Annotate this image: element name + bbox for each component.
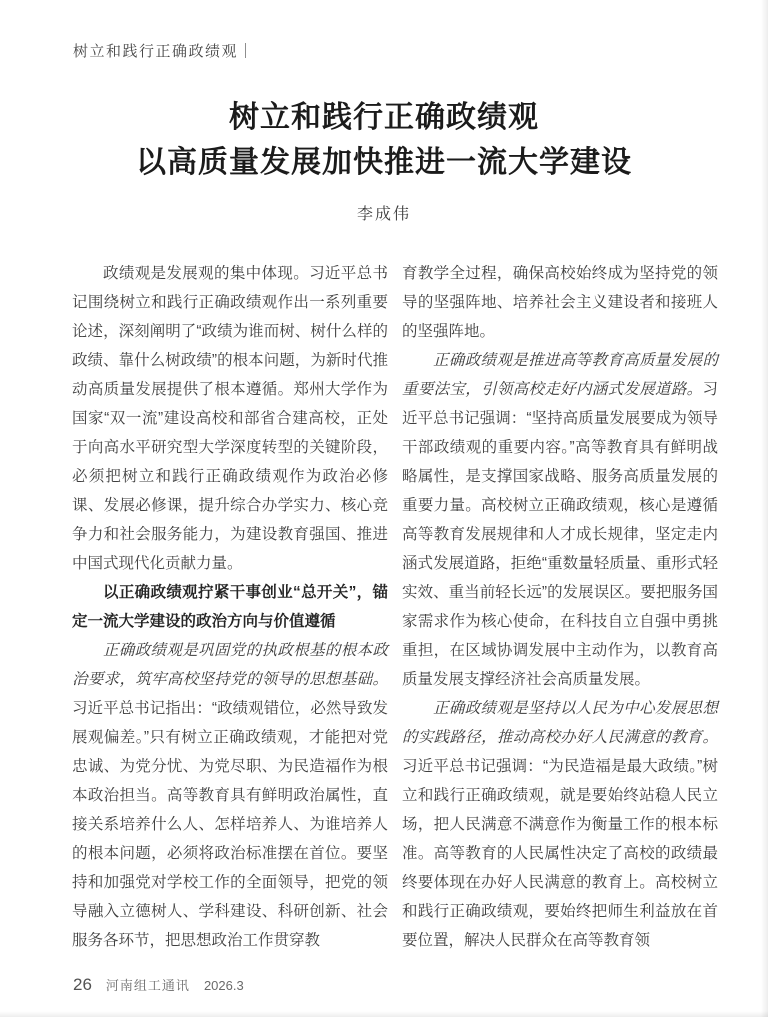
paragraph-politics: 正确政绩观是巩固党的执政根基的根本政治要求，筑牢高校坚持党的领导的思想基础。习近… [72, 636, 388, 955]
lead-sentence: 正确政绩观是推进高等教育高质量发展的重要法宝，引领高校走好内涵式发展道路。 [402, 352, 718, 398]
page-number: 26 [73, 975, 92, 995]
magazine-page: 树立和践行正确政绩观｜ 树立和践行正确政绩观 以高质量发展加快推进一流大学建设 … [0, 0, 768, 1017]
page-edge-shadow-bottom [0, 1011, 768, 1017]
article-title-line1: 树立和践行正确政绩观 [0, 95, 768, 140]
article-title-line2: 以高质量发展加快推进一流大学建设 [0, 140, 768, 185]
paragraph-people: 正确政绩观是坚持以人民为中心发展思想的实践路径，推动高校办好人民满意的教育。习近… [402, 694, 718, 955]
journal-name: 河南组工通讯 [106, 975, 190, 994]
lead-sentence: 正确政绩观是巩固党的执政根基的根本政治要求，筑牢高校坚持党的领导的思想基础。 [72, 642, 388, 688]
paragraph-continuation: 育教学全过程，确保高校始终成为坚持党的领导的坚强阵地、培养社会主义建设者和接班人… [402, 259, 718, 346]
paragraph-text: 习近平总书记强调：“为民造福是最大政绩。”树立和践行正确政绩观，就是要始终站稳人… [402, 758, 718, 949]
page-footer: 26 河南组工通讯 2026.3 [73, 975, 244, 995]
author-name: 李成伟 [0, 201, 768, 224]
paragraph-intro: 政绩观是发展观的集中体现。习近平总书记围绕树立和践行正确政绩观作出一系列重要论述… [72, 259, 388, 578]
paragraph-text: 习近平总书记强调：“坚持高质量发展要成为领导干部政绩观的重要内容。”高等教育具有… [402, 381, 718, 688]
section-kicker: 树立和践行正确政绩观｜ [73, 40, 255, 61]
section-heading: 以正确政绩观拧紧干事创业“总开关”，锚定一流大学建设的政治方向与价值遵循 [72, 578, 388, 636]
lead-sentence: 正确政绩观是坚持以人民为中心发展思想的实践路径，推动高校办好人民满意的教育。 [402, 700, 718, 746]
article-title: 树立和践行正确政绩观 以高质量发展加快推进一流大学建设 [0, 95, 768, 185]
right-column: 育教学全过程，确保高校始终成为坚持党的领导的坚强阵地、培养社会主义建设者和接班人… [402, 259, 718, 955]
paragraph-text: 习近平总书记指出：“政绩观错位，必然导致发展观偏差。”只有树立正确政绩观，才能把… [72, 700, 388, 949]
issue-number: 2026.3 [204, 978, 244, 993]
paragraph-quality: 正确政绩观是推进高等教育高质量发展的重要法宝，引领高校走好内涵式发展道路。习近平… [402, 346, 718, 694]
article-body: 政绩观是发展观的集中体现。习近平总书记围绕树立和践行正确政绩观作出一系列重要论述… [72, 259, 718, 955]
left-column: 政绩观是发展观的集中体现。习近平总书记围绕树立和践行正确政绩观作出一系列重要论述… [72, 259, 388, 955]
